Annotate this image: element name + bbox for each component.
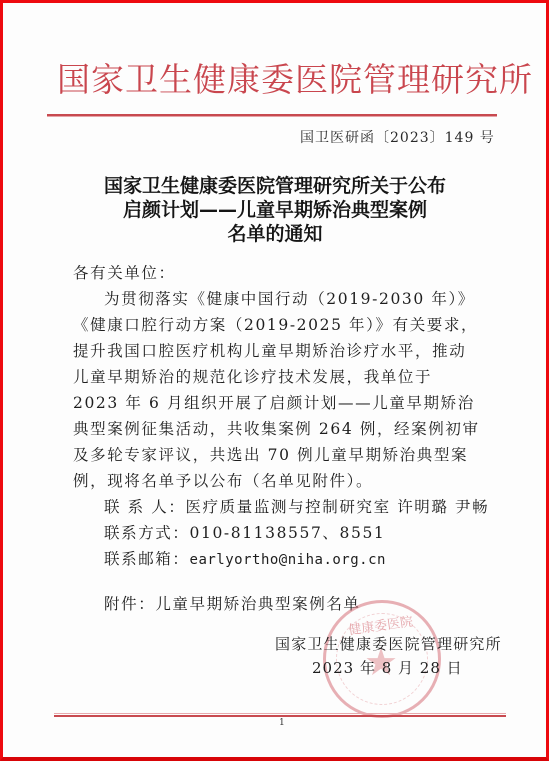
contact-person-label: 联 系 人：: [104, 498, 185, 516]
attachment-line: 附件：儿童早期矫治典型案例名单: [73, 591, 483, 617]
letterhead-rule: [47, 114, 497, 117]
contact-person-value: 医疗质量监测与控制研究室 许明璐 尹畅: [185, 498, 489, 516]
contact-email: 联系邮箱：earlyortho@niha.org.cn: [73, 546, 483, 573]
contact-email-link[interactable]: earlyortho@niha.org.cn: [190, 552, 386, 568]
contact-phone-value: 010-81138557、8551: [190, 524, 386, 542]
attachment-label: 附件：: [104, 595, 155, 613]
notice-title-line: 国家卫生健康委医院管理研究所关于公布: [60, 174, 490, 198]
attachment-name: 儿童早期矫治典型案例名单: [155, 595, 360, 613]
contact-phone-label: 联系方式：: [104, 524, 190, 542]
notice-title-line: 启颜计划——儿童早期矫治典型案例: [60, 198, 490, 222]
contact-person: 联 系 人：医疗质量监测与控制研究室 许明璐 尹畅: [73, 494, 483, 520]
spacer: [73, 573, 483, 591]
letterhead-title: 国家卫生健康委医院管理研究所: [57, 60, 493, 100]
salutation: 各有关单位：: [73, 260, 483, 286]
notice-title-line: 名单的通知: [60, 222, 490, 246]
signing-organization: 国家卫生健康委医院管理研究所: [275, 633, 502, 654]
document-number: 国卫医研函〔2023〕149 号: [300, 127, 495, 147]
main-paragraph: 为贯彻落实《健康中国行动（2019-2030 年）》《健康口腔行动方案（2019…: [73, 286, 483, 494]
notice-body: 各有关单位： 为贯彻落实《健康中国行动（2019-2030 年）》《健康口腔行动…: [73, 260, 483, 617]
contact-phone: 联系方式：010-81138557、8551: [73, 520, 483, 546]
signing-date: 2023 年 8 月 28 日: [312, 657, 463, 678]
page-number: 1: [279, 718, 285, 728]
contact-email-label: 联系邮箱：: [104, 550, 190, 568]
footer-rule: [54, 713, 506, 717]
notice-title: 国家卫生健康委医院管理研究所关于公布 启颜计划——儿童早期矫治典型案例 名单的通…: [60, 174, 490, 246]
